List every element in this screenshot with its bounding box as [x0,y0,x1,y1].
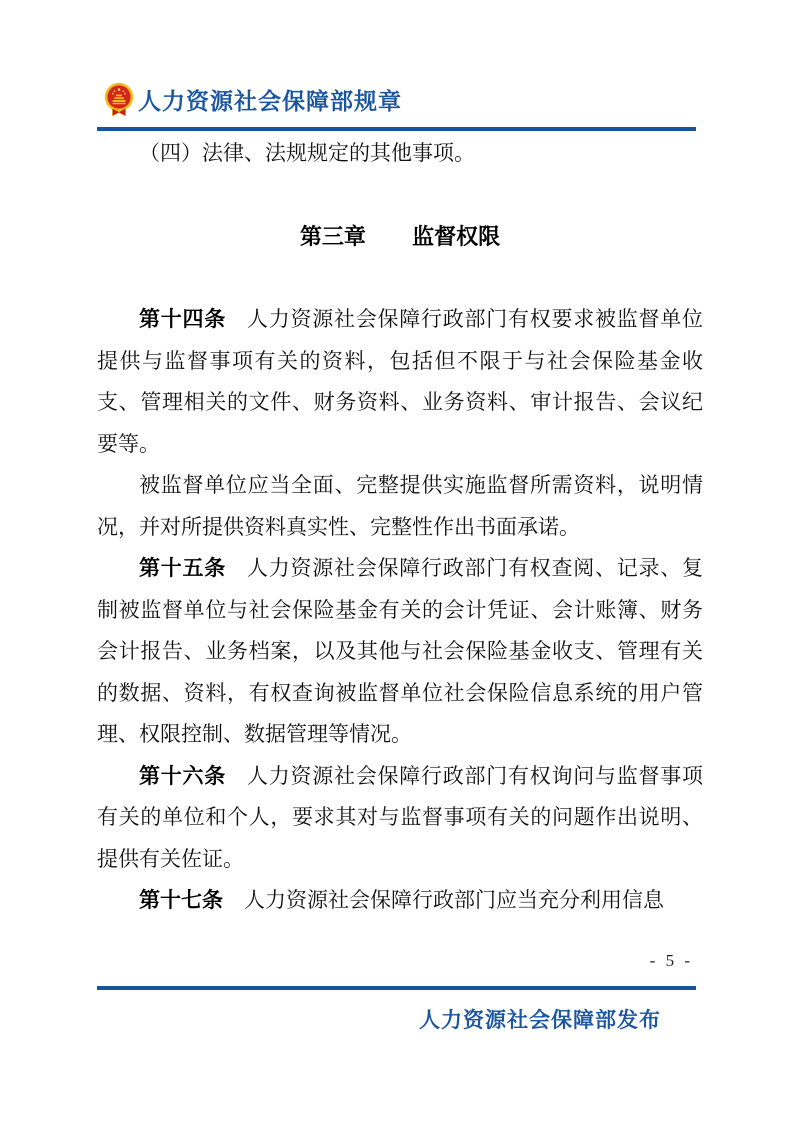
footer-publisher: 人力资源社会保障部发布 [97,1004,703,1034]
article-15-text: 人力资源社会保障行政部门有权查阅、记录、复制被监督单位与社会保险基金有关的会计凭… [97,556,703,746]
national-emblem-icon [104,82,134,117]
article-17-text: 人力资源社会保障行政部门应当充分利用信息 [244,888,664,912]
article-14-paragraph-2: 被监督单位应当全面、完整提供实施监督所需资料，说明情况，并对所提供资料真实性、完… [97,465,703,548]
chapter-number: 第三章 [300,224,366,249]
page-number: - 5 - [650,951,693,971]
chapter-title: 监督权限 [412,224,500,249]
list-item-four: （四）法律、法规规定的其他事项。 [97,133,703,175]
article-14-number: 第十四条 [139,308,226,331]
page-header: 人力资源社会保障部规章 [104,82,402,117]
document-page: 人力资源社会保障部规章 （四）法律、法规规定的其他事项。 第三章监督权限 第十四… [0,0,793,1122]
article-15-number: 第十五条 [139,557,226,580]
header-title: 人力资源社会保障部规章 [138,83,402,116]
document-body: （四）法律、法规规定的其他事项。 第三章监督权限 第十四条人力资源社会保障行政部… [97,133,703,922]
footer-divider [97,986,696,990]
article-17-number: 第十七条 [139,889,223,912]
article-15: 第十五条人力资源社会保障行政部门有权查阅、记录、复制被监督单位与社会保险基金有关… [97,548,703,756]
header-divider [97,127,696,131]
chapter-heading: 第三章监督权限 [97,216,703,258]
article-14: 第十四条人力资源社会保障行政部门有权要求被监督单位提供与监督事项有关的资料，包括… [97,299,703,465]
article-16: 第十六条人力资源社会保障行政部门有权询问与监督事项有关的单位和个人，要求其对与监… [97,756,703,881]
article-16-number: 第十六条 [139,765,226,788]
article-14-paragraph-2-text: 被监督单位应当全面、完整提供实施监督所需资料，说明情况，并对所提供资料真实性、完… [97,473,703,539]
article-17: 第十七条人力资源社会保障行政部门应当充分利用信息 [97,880,703,922]
